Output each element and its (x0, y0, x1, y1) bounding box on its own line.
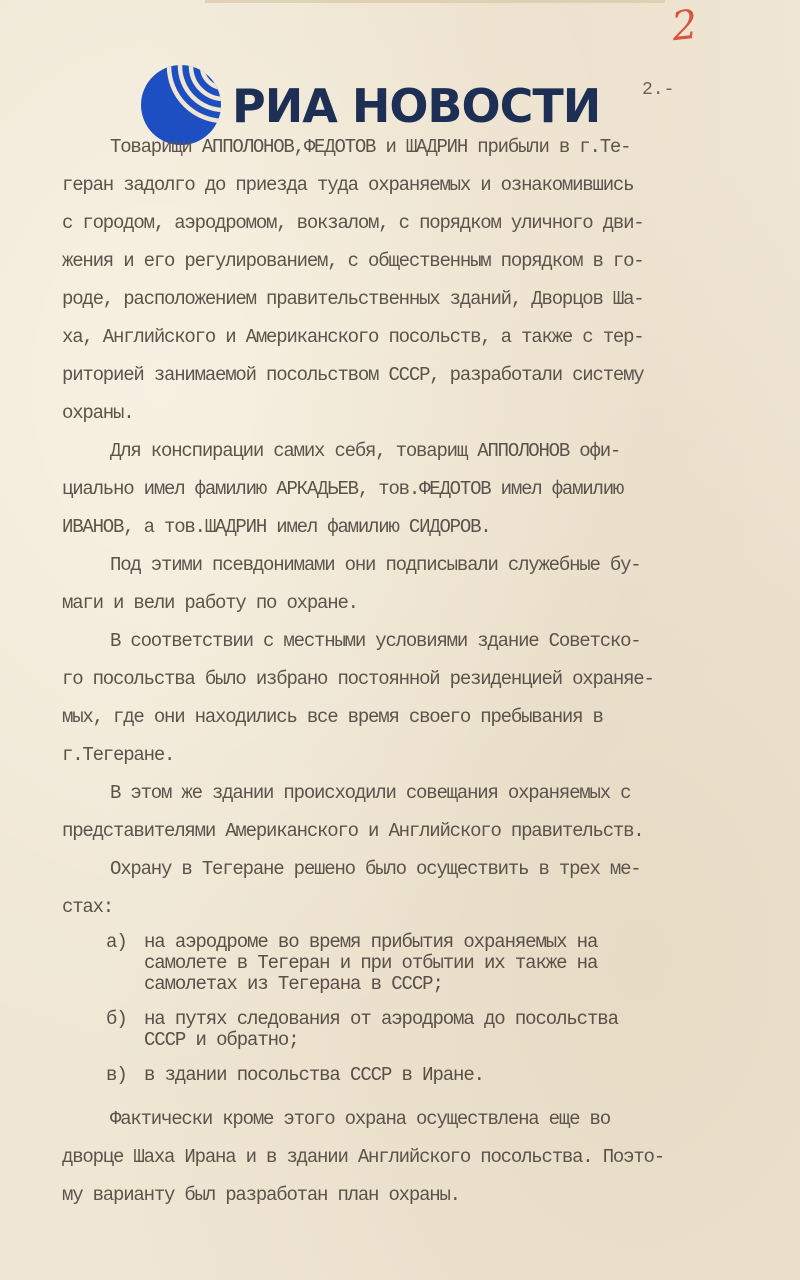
paragraph-closing: Фактически кроме этого охрана осуществле… (62, 1100, 772, 1214)
text-line: В соответствии с местными условиями здан… (62, 622, 772, 660)
paragraph-pseudonyms: Под этими псевдонимами они подписывали с… (62, 546, 772, 622)
document-body: Товарищи АППОЛОНОВ,ФЕДОТОВ и ШАДРИН приб… (62, 128, 772, 1214)
text-line: Фактически кроме этого охрана осуществле… (62, 1100, 772, 1138)
text-line: В этом же здании происходили совещания о… (62, 774, 772, 812)
text-line: ха, Английского и Американского посольст… (62, 318, 772, 356)
paragraph-meetings: В этом же здании происходили совещания о… (62, 774, 772, 850)
text-line: Товарищи АППОЛОНОВ,ФЕДОТОВ и ШАДРИН приб… (62, 128, 772, 166)
paper-top-edge (205, 0, 665, 3)
text-line: Для конспирации самих себя, товарищ АППО… (62, 432, 772, 470)
text-line: в здании посольства СССР в Иране. (144, 1065, 484, 1086)
text-line: представителями Американского и Английск… (62, 812, 772, 850)
list-item: б) на путях следования от аэродрома до п… (106, 1009, 772, 1051)
text-line: жения и его регулированием, с общественн… (62, 242, 772, 280)
paragraph-conspiracy: Для конспирации самих себя, товарищ АППО… (62, 432, 772, 546)
list-marker: б) (106, 1009, 144, 1051)
list-marker: а) (106, 932, 144, 995)
text-line: маги и вели работу по охране. (62, 584, 772, 622)
text-line: геран задолго до приезда туда охраняемых… (62, 166, 772, 204)
text-line: самолете в Тегеран и при отбытии их такж… (144, 953, 597, 974)
paragraph-three-places: Охрану в Тегеране решено было осуществит… (62, 850, 772, 926)
text-line: го посольства было избрано постоянной ре… (62, 660, 772, 698)
text-line: дворце Шаха Ирана и в здании Английского… (62, 1138, 772, 1176)
text-line: роде, расположением правительственных зд… (62, 280, 772, 318)
text-line: самолетах из Тегерана в СССР; (144, 974, 597, 995)
handwritten-page-number: 2 (670, 5, 699, 47)
text-line: му варианту был разработан план охраны. (62, 1176, 772, 1214)
text-line: Охрану в Тегеране решено было осуществит… (62, 850, 772, 888)
text-line: Под этими псевдонимами они подписывали с… (62, 546, 772, 584)
text-line: мых, где они находились все время своего… (62, 698, 772, 736)
list-item: в) в здании посольства СССР в Иране. (106, 1065, 772, 1086)
typed-page-number: 2.- (642, 80, 674, 100)
text-line: г.Тегеране. (62, 736, 772, 774)
brand-name: РИА НОВОСТИ (232, 83, 600, 129)
text-line: на аэродроме во время прибытия охраняемы… (144, 932, 597, 953)
text-line: риторией занимаемой посольством СССР, ра… (62, 356, 772, 394)
list-marker: в) (106, 1065, 144, 1086)
text-line: стах: (62, 888, 772, 926)
text-line: охраны. (62, 394, 772, 432)
security-locations-list: а) на аэродроме во время прибытия охраня… (106, 932, 772, 1086)
text-line: циально имел фамилию АРКАДЬЕВ, тов.ФЕДОТ… (62, 470, 772, 508)
text-line: СССР и обратно; (144, 1030, 618, 1051)
text-line: ИВАНОВ, а тов.ШАДРИН имел фамилию СИДОРО… (62, 508, 772, 546)
text-line: на путях следования от аэродрома до посо… (144, 1009, 618, 1030)
paragraph-arrival: Товарищи АППОЛОНОВ,ФЕДОТОВ и ШАДРИН приб… (62, 128, 772, 432)
paragraph-residence: В соответствии с местными условиями здан… (62, 622, 772, 774)
list-item: а) на аэродроме во время прибытия охраня… (106, 932, 772, 995)
text-line: с городом, аэродромом, вокзалом, с поряд… (62, 204, 772, 242)
